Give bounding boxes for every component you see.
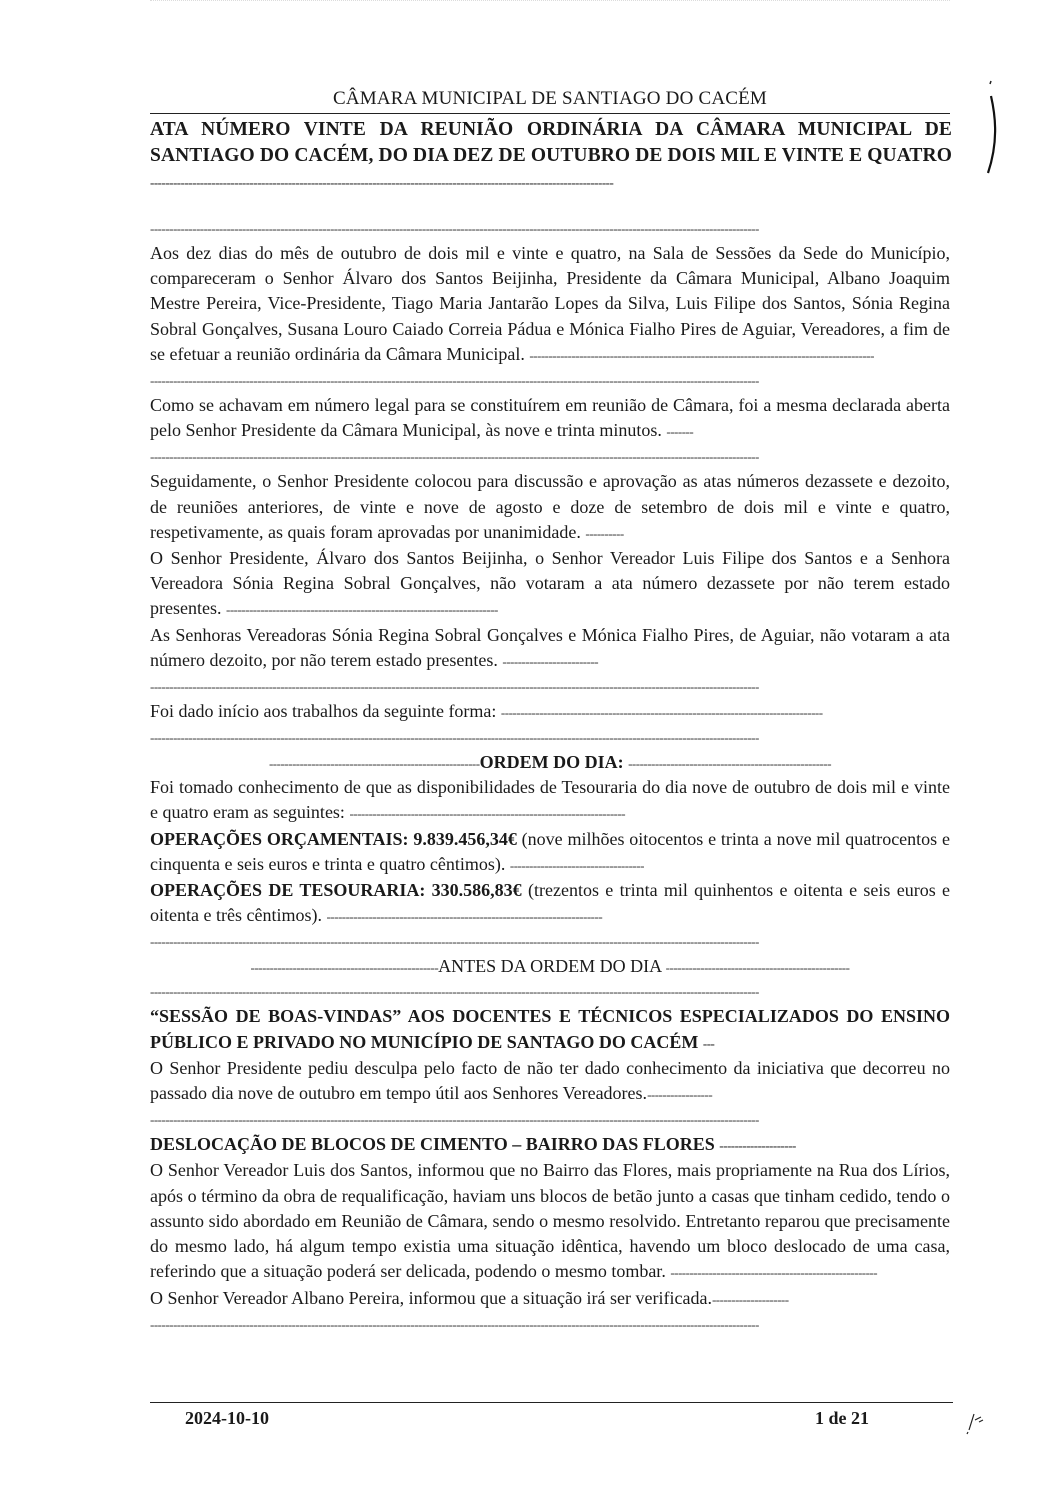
before-agenda-heading: ----------------------------------------… — [150, 954, 950, 979]
header-rule — [150, 113, 950, 114]
dash-separator: ----------------------------------------… — [150, 674, 950, 699]
dash-separator: ----------------------------------------… — [150, 1312, 950, 1337]
dash-separator: ----------------------------------------… — [150, 444, 950, 469]
document-page: CÂMARA MUNICIPAL DE SANTIAGO DO CACÉM AT… — [0, 0, 1058, 1497]
agenda-heading: ----------------------------------------… — [150, 750, 950, 775]
paragraph-cement-blocks: O Senhor Vereador Luis dos Santos, infor… — [150, 1158, 950, 1285]
handwritten-initials-icon — [960, 1410, 990, 1438]
document-body: ----------------------------------------… — [150, 216, 950, 1337]
paragraph-cement-blocks-reply: O Senhor Vereador Albano Pereira, inform… — [150, 1286, 950, 1312]
handwritten-bracket-icon — [986, 78, 1006, 178]
document-title-text: ATA NÚMERO VINTE DA REUNIÃO ORDINÁRIA DA… — [150, 119, 952, 166]
dash-separator: ----------------------------------------… — [150, 979, 950, 1004]
paragraph-attendance: Aos dez dias do mês de outubro de dois m… — [150, 241, 950, 368]
dash-separator: ----------------------------------------… — [150, 725, 950, 750]
paragraph-treasury-intro: Foi tomado conhecimento de que as dispon… — [150, 775, 950, 826]
page-number: 1 de 21 — [815, 1408, 869, 1429]
paragraph-start-work: Foi dado início aos trabalhos da seguint… — [150, 699, 950, 725]
welcome-session-heading: “SESSÃO DE BOAS-VINDAS” AOS DOCENTES E T… — [150, 1004, 950, 1055]
dash-separator: ----------------------------------------… — [150, 216, 950, 241]
paragraph-opening: Como se achavam em número legal para se … — [150, 393, 950, 444]
dash-separator: ----------------------------------------… — [150, 1107, 950, 1132]
footer-date: 2024-10-10 — [185, 1408, 269, 1429]
organization-title: CÂMARA MUNICIPAL DE SANTIAGO DO CACÉM — [150, 88, 950, 110]
paragraph-budget-ops: OPERAÇÕES ORÇAMENTAIS: 9.839.456,34€ (no… — [150, 827, 950, 878]
cement-blocks-heading: DESLOCAÇÃO DE BLOCOS DE CIMENTO – BAIRRO… — [150, 1132, 950, 1158]
dash-separator: ----------------------------------------… — [150, 929, 950, 954]
paragraph-abstention-2: As Senhoras Vereadoras Sónia Regina Sobr… — [150, 623, 950, 674]
paragraph-welcome-session: O Senhor Presidente pediu desculpa pelo … — [150, 1056, 950, 1107]
footer-rule — [150, 1402, 953, 1403]
paragraph-abstention-1: O Senhor Presidente, Álvaro dos Santos B… — [150, 546, 950, 623]
dash-fill: ----------------------------------------… — [150, 175, 613, 190]
document-title: ATA NÚMERO VINTE DA REUNIÃO ORDINÁRIA DA… — [150, 117, 952, 196]
scan-artifact — [150, 0, 950, 7]
paragraph-minutes-approval: Seguidamente, o Senhor Presidente coloco… — [150, 469, 950, 546]
paragraph-treasury-ops: OPERAÇÕES DE TESOURARIA: 330.586,83€ (tr… — [150, 878, 950, 929]
dash-separator: ----------------------------------------… — [150, 368, 950, 393]
